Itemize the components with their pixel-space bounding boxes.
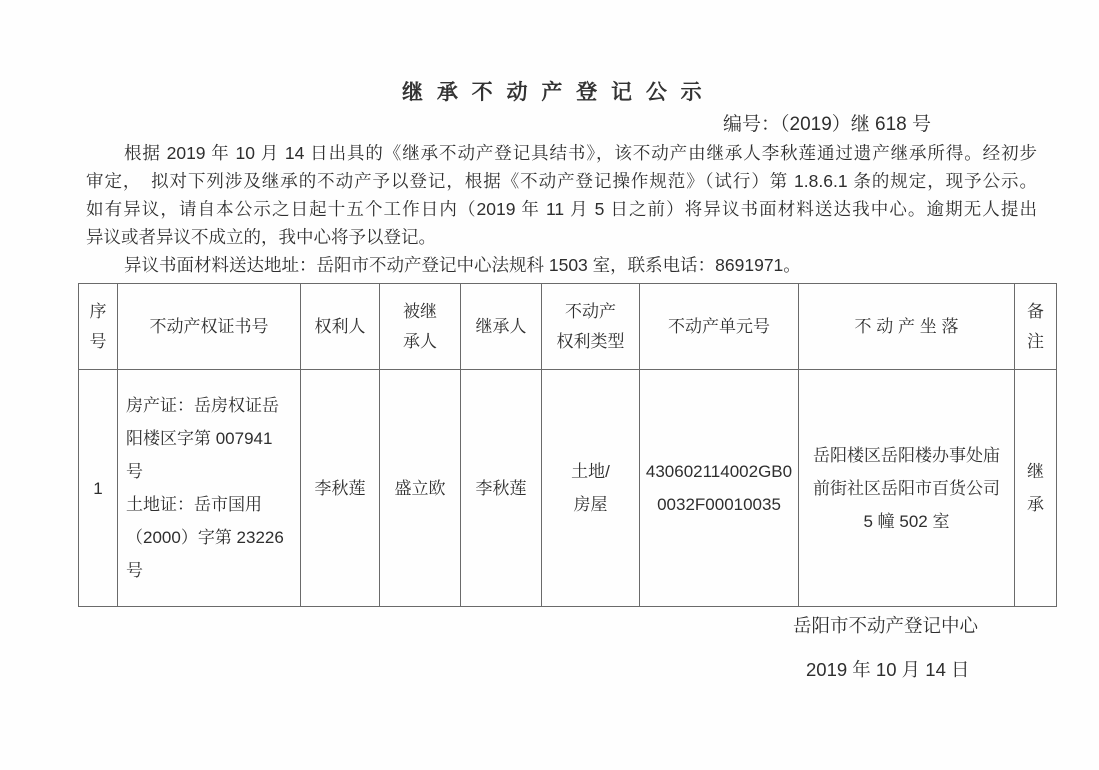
column-header-decedent: 被继 承人	[380, 284, 461, 370]
scanned-notice-page: 继 承 不 动 产 登 记 公 示 编号：（2019）继 618 号 根据 20…	[0, 0, 1099, 770]
body-line-2: 审定， 拟对下列涉及继承的不动产予以登记，根据《不动产登记操作规范》（试行）第 …	[86, 167, 1037, 195]
column-header-unit_no: 不动产单元号	[640, 284, 799, 370]
table-header-row: 序 号不动产权证书号权利人被继 承人继承人不动产 权利类型不动产单元号不 动 产…	[79, 284, 1057, 370]
body-line-3: 如有异议，请自本公示之日起十五个工作日内（2019 年 11 月 5 日之前）将…	[86, 195, 1037, 223]
column-header-cert: 不动产权证书号	[118, 284, 301, 370]
cell-decedent: 盛立欧	[380, 370, 461, 607]
column-header-right_type: 不动产 权利类型	[542, 284, 640, 370]
property-registration-table: 序 号不动产权证书号权利人被继 承人继承人不动产 权利类型不动产单元号不 动 产…	[78, 283, 1057, 607]
body-line-1: 根据 2019 年 10 月 14 日出具的《继承不动产登记具结书》，该不动产由…	[86, 139, 1037, 167]
cell-cert: 房产证：岳房权证岳 阳楼区字第 007941 号 土地证：岳市国用 （2000）…	[118, 370, 301, 607]
cell-right_type: 土地/ 房屋	[542, 370, 640, 607]
cell-remark: 继 承	[1015, 370, 1057, 607]
page-title: 继 承 不 动 产 登 记 公 示	[402, 76, 706, 106]
column-header-holder: 权利人	[301, 284, 380, 370]
table-row: 1房产证：岳房权证岳 阳楼区字第 007941 号 土地证：岳市国用 （2000…	[79, 370, 1057, 607]
cell-unit_no: 430602114002GB0 0032F00010035	[640, 370, 799, 607]
column-header-remark: 备 注	[1015, 284, 1057, 370]
column-header-location: 不 动 产 坐 落	[799, 284, 1015, 370]
body-line-4: 异议或者异议不成立的，我中心将予以登记。	[86, 223, 1037, 251]
cell-seq: 1	[79, 370, 118, 607]
doc-number: 编号：（2019）继 618 号	[723, 109, 931, 136]
column-header-seq: 序 号	[79, 284, 118, 370]
column-header-heir: 继承人	[461, 284, 542, 370]
cell-heir: 李秋莲	[461, 370, 542, 607]
cell-holder: 李秋莲	[301, 370, 380, 607]
cell-location: 岳阳楼区岳阳楼办事处庙 前街社区岳阳市百货公司 5 幢 502 室	[799, 370, 1015, 607]
issue-date: 2019 年 10 月 14 日	[806, 656, 970, 682]
body-line-5: 异议书面材料送达地址：岳阳市不动产登记中心法规科 1503 室，联系电话：869…	[86, 251, 1037, 279]
body-text: 根据 2019 年 10 月 14 日出具的《继承不动产登记具结书》，该不动产由…	[86, 139, 1037, 279]
issuer-name: 岳阳市不动产登记中心	[793, 612, 978, 638]
